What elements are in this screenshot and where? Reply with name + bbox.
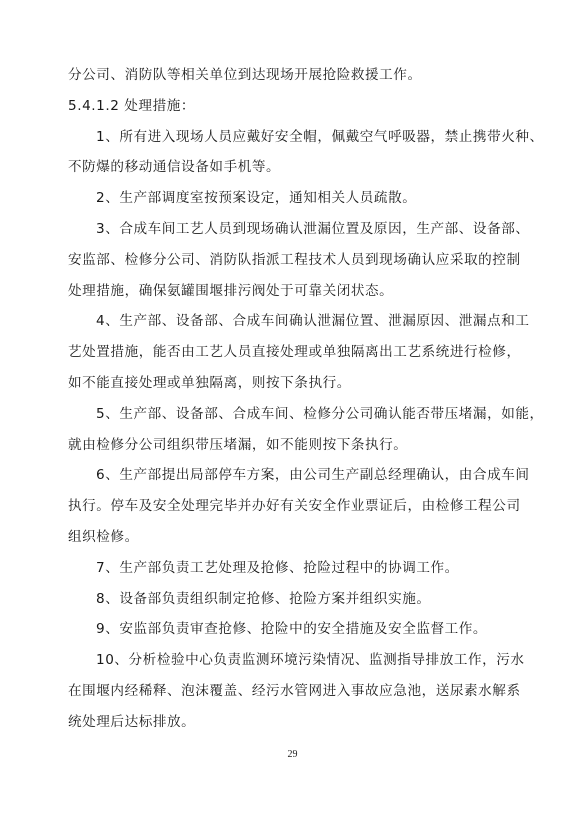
list-item-6-line-2: 执行。停车及安全处理完毕并办好有关安全作业票证后，由检修工程公司	[68, 491, 516, 522]
list-item-10-line-3: 统处理后达标排放。	[68, 707, 516, 738]
list-item-1-line-1: 1、所有进入现场人员应戴好安全帽，佩戴空气呼吸器，禁止携带火种、	[68, 122, 516, 153]
list-item-3-line-3: 处理措施，确保氨罐围堰排污阀处于可靠关闭状态。	[68, 276, 516, 307]
list-item-3-line-2: 安监部、检修分公司、消防队指派工程技术人员到现场确认应采取的控制	[68, 245, 516, 276]
list-item-5-line-1: 5、生产部、设备部、合成车间、检修分公司确认能否带压堵漏，如能，	[68, 399, 516, 430]
list-item-10-line-1: 10、分析检验中心负责监测环境污染情况、监测指导排放工作，污水	[68, 645, 516, 676]
list-item-6-line-1: 6、生产部提出局部停车方案，由公司生产副总经理确认，由合成车间	[68, 460, 516, 491]
list-item-4-line-2: 艺处置措施，能否由工艺人员直接处理或单独隔离出工艺系统进行检修，	[68, 337, 516, 368]
list-item-6-line-3: 组织检修。	[68, 522, 516, 553]
list-item-2: 2、生产部调度室按预案设定，通知相关人员疏散。	[68, 183, 516, 214]
list-item-1-line-2: 不防爆的移动通信设备如手机等。	[68, 152, 516, 183]
page-number: 29	[0, 749, 585, 760]
document-page: 分公司、消防队等相关单位到达现场开展抢险救援工作。 5.4.1.2 处理措施： …	[0, 0, 585, 825]
list-item-7: 7、生产部负责工艺处理及抢修、抢险过程中的协调工作。	[68, 553, 516, 584]
list-item-5-line-2: 就由检修分公司组织带压堵漏，如不能则按下条执行。	[68, 430, 516, 461]
list-item-4-line-3: 如不能直接处理或单独隔离，则按下条执行。	[68, 368, 516, 399]
document-body: 分公司、消防队等相关单位到达现场开展抢险救援工作。 5.4.1.2 处理措施： …	[68, 60, 516, 738]
list-item-3-line-1: 3、合成车间工艺人员到现场确认泄漏位置及原因，生产部、设备部、	[68, 214, 516, 245]
list-item-4-line-1: 4、生产部、设备部、合成车间确认泄漏位置、泄漏原因、泄漏点和工	[68, 306, 516, 337]
list-item-9: 9、安监部负责审查抢修、抢险中的安全措施及安全监督工作。	[68, 614, 516, 645]
paragraph-line-continuation: 分公司、消防队等相关单位到达现场开展抢险救援工作。	[68, 60, 516, 91]
list-item-10-line-2: 在围堰内经稀释、泡沫覆盖、经污水管网进入事故应急池，送尿素水解系	[68, 676, 516, 707]
list-item-8: 8、设备部负责组织制定抢修、抢险方案并组织实施。	[68, 584, 516, 615]
section-heading: 5.4.1.2 处理措施：	[68, 91, 516, 122]
